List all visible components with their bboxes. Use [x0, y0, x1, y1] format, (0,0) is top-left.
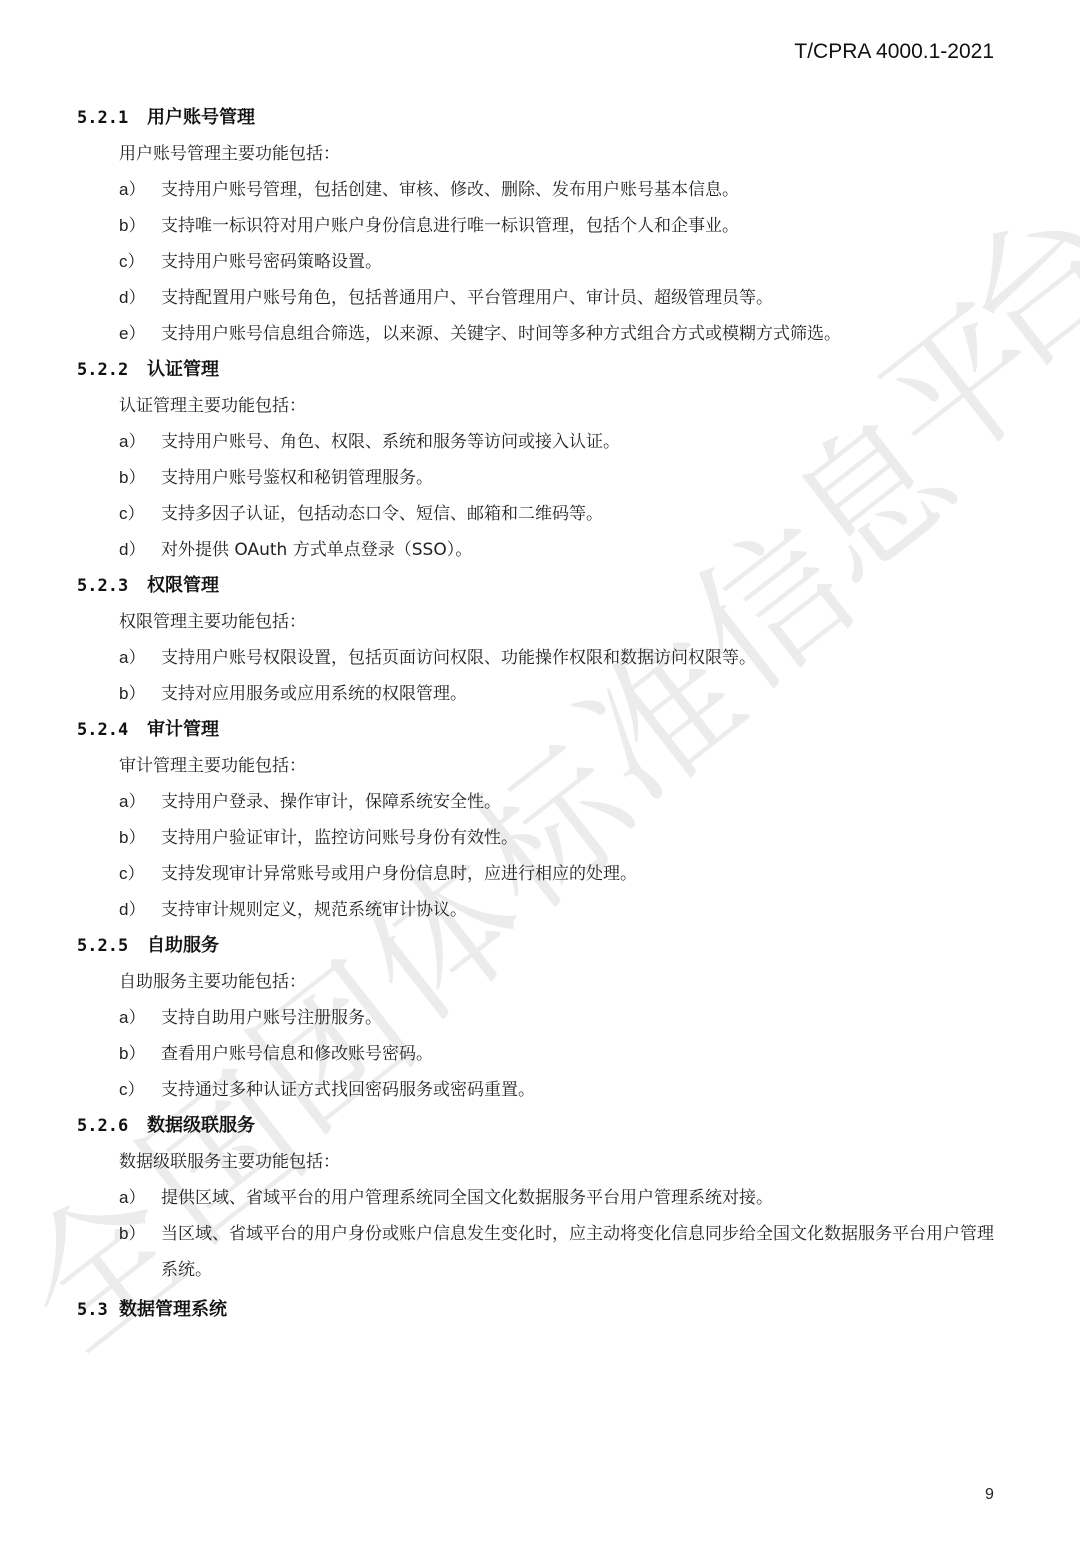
section-intro: 审计管理主要功能包括： — [119, 748, 1007, 784]
next-section-heading: 5.3 数据管理系统 — [77, 1292, 1007, 1328]
section-title: 用户账号管理 — [147, 100, 255, 136]
section-5-2-2: 5.2.2 认证管理 认证管理主要功能包括： a）支持用户账号、角色、权限、系统… — [77, 352, 1007, 568]
item-marker: a） — [77, 1000, 161, 1036]
item-text: 支持用户登录、操作审计，保障系统安全性。 — [161, 784, 1007, 820]
section-title: 自助服务 — [147, 928, 219, 964]
item-text: 支持用户账号密码策略设置。 — [161, 244, 1007, 280]
list-item: c）支持多因子认证，包括动态口令、短信、邮箱和二维码等。 — [77, 496, 1007, 532]
item-marker: a） — [77, 424, 161, 460]
item-text: 支持审计规则定义，规范系统审计协议。 — [161, 892, 1007, 928]
list-item: b）支持唯一标识符对用户账户身份信息进行唯一标识管理，包括个人和企事业。 — [77, 208, 1007, 244]
item-text: 对外提供 OAuth 方式单点登录（SSO）。 — [161, 532, 1007, 568]
item-marker: b） — [77, 460, 161, 496]
section-5-2-4: 5.2.4 审计管理 审计管理主要功能包括： a）支持用户登录、操作审计，保障系… — [77, 712, 1007, 928]
list-item: c）支持发现审计异常账号或用户身份信息时，应进行相应的处理。 — [77, 856, 1007, 892]
item-text: 当区域、省域平台的用户身份或账户信息发生变化时，应主动将变化信息同步给全国文化数… — [161, 1216, 1007, 1288]
standard-code: T/CPRA 4000.1-2021 — [794, 40, 994, 64]
item-marker: a） — [77, 1180, 161, 1216]
item-marker: d） — [77, 532, 161, 568]
item-text: 支持多因子认证，包括动态口令、短信、邮箱和二维码等。 — [161, 496, 1007, 532]
list-item: b）查看用户账号信息和修改账号密码。 — [77, 1036, 1007, 1072]
item-marker: c） — [77, 856, 161, 892]
item-text: 支持用户账号信息组合筛选，以来源、关键字、时间等多种方式组合方式或模糊方式筛选。 — [161, 316, 1007, 352]
list-item: e）支持用户账号信息组合筛选，以来源、关键字、时间等多种方式组合方式或模糊方式筛… — [77, 316, 1007, 352]
item-marker: b） — [77, 1036, 161, 1072]
section-number: 5.2.6 — [77, 1108, 147, 1144]
item-text: 支持用户账号鉴权和秘钥管理服务。 — [161, 460, 1007, 496]
item-marker: b） — [77, 676, 161, 712]
item-text: 支持唯一标识符对用户账户身份信息进行唯一标识管理，包括个人和企事业。 — [161, 208, 1007, 244]
section-heading: 5.2.1 用户账号管理 — [77, 100, 1007, 136]
section-number: 5.2.3 — [77, 568, 147, 604]
item-marker: e） — [77, 316, 161, 352]
item-text: 支持通过多种认证方式找回密码服务或密码重置。 — [161, 1072, 1007, 1108]
section-number: 5.2.5 — [77, 928, 147, 964]
item-text: 支持用户账号管理，包括创建、审核、修改、删除、发布用户账号基本信息。 — [161, 172, 1007, 208]
item-marker: a） — [77, 172, 161, 208]
item-text: 支持用户账号权限设置，包括页面访问权限、功能操作权限和数据访问权限等。 — [161, 640, 1007, 676]
section-title: 权限管理 — [147, 568, 219, 604]
item-marker: c） — [77, 1072, 161, 1108]
section-number: 5.2.4 — [77, 712, 147, 748]
list-item: b）支持用户验证审计，监控访问账号身份有效性。 — [77, 820, 1007, 856]
item-text: 支持发现审计异常账号或用户身份信息时，应进行相应的处理。 — [161, 856, 1007, 892]
list-item: d）支持配置用户账号角色，包括普通用户、平台管理用户、审计员、超级管理员等。 — [77, 280, 1007, 316]
item-marker: b） — [77, 1216, 161, 1288]
item-marker: b） — [77, 208, 161, 244]
section-number: 5.2.1 — [77, 100, 147, 136]
section-5-2-6: 5.2.6 数据级联服务 数据级联服务主要功能包括： a）提供区域、省域平台的用… — [77, 1108, 1007, 1288]
item-text: 支持用户验证审计，监控访问账号身份有效性。 — [161, 820, 1007, 856]
list-item: a）支持自助用户账号注册服务。 — [77, 1000, 1007, 1036]
section-heading: 5.2.6 数据级联服务 — [77, 1108, 1007, 1144]
list-item: a）支持用户账号权限设置，包括页面访问权限、功能操作权限和数据访问权限等。 — [77, 640, 1007, 676]
item-text: 支持配置用户账号角色，包括普通用户、平台管理用户、审计员、超级管理员等。 — [161, 280, 1007, 316]
section-intro: 用户账号管理主要功能包括： — [119, 136, 1007, 172]
item-text: 查看用户账号信息和修改账号密码。 — [161, 1036, 1007, 1072]
section-intro: 认证管理主要功能包括： — [119, 388, 1007, 424]
section-heading: 5.2.5 自助服务 — [77, 928, 1007, 964]
list-item: b）支持对应用服务或应用系统的权限管理。 — [77, 676, 1007, 712]
section-title: 认证管理 — [147, 352, 219, 388]
item-marker: c） — [77, 244, 161, 280]
item-text: 支持对应用服务或应用系统的权限管理。 — [161, 676, 1007, 712]
item-text: 支持用户账号、角色、权限、系统和服务等访问或接入认证。 — [161, 424, 1007, 460]
section-number: 5.2.2 — [77, 352, 147, 388]
page-number: 9 — [985, 1486, 994, 1504]
item-marker: d） — [77, 892, 161, 928]
item-marker: c） — [77, 496, 161, 532]
item-text: 提供区域、省域平台的用户管理系统同全国文化数据服务平台用户管理系统对接。 — [161, 1180, 1007, 1216]
list-item: c）支持用户账号密码策略设置。 — [77, 244, 1007, 280]
section-heading: 5.2.4 审计管理 — [77, 712, 1007, 748]
list-item: b）当区域、省域平台的用户身份或账户信息发生变化时，应主动将变化信息同步给全国文… — [77, 1216, 1007, 1288]
list-item: a）支持用户登录、操作审计，保障系统安全性。 — [77, 784, 1007, 820]
section-title: 数据管理系统 — [119, 1292, 227, 1328]
list-item: a）支持用户账号、角色、权限、系统和服务等访问或接入认证。 — [77, 424, 1007, 460]
list-item: c）支持通过多种认证方式找回密码服务或密码重置。 — [77, 1072, 1007, 1108]
item-marker: a） — [77, 784, 161, 820]
section-intro: 权限管理主要功能包括： — [119, 604, 1007, 640]
list-item: d）支持审计规则定义，规范系统审计协议。 — [77, 892, 1007, 928]
section-intro: 自助服务主要功能包括： — [119, 964, 1007, 1000]
document-body: 5.2.1 用户账号管理 用户账号管理主要功能包括： a）支持用户账号管理，包括… — [77, 100, 1007, 1328]
item-marker: d） — [77, 280, 161, 316]
list-item: a）提供区域、省域平台的用户管理系统同全国文化数据服务平台用户管理系统对接。 — [77, 1180, 1007, 1216]
item-marker: b） — [77, 820, 161, 856]
list-item: b）支持用户账号鉴权和秘钥管理服务。 — [77, 460, 1007, 496]
item-marker: a） — [77, 640, 161, 676]
section-heading: 5.2.2 认证管理 — [77, 352, 1007, 388]
section-5-2-1: 5.2.1 用户账号管理 用户账号管理主要功能包括： a）支持用户账号管理，包括… — [77, 100, 1007, 352]
section-intro: 数据级联服务主要功能包括： — [119, 1144, 1007, 1180]
section-heading: 5.2.3 权限管理 — [77, 568, 1007, 604]
section-title: 数据级联服务 — [147, 1108, 255, 1144]
section-title: 审计管理 — [147, 712, 219, 748]
section-number: 5.3 — [77, 1292, 119, 1328]
section-5-2-5: 5.2.5 自助服务 自助服务主要功能包括： a）支持自助用户账号注册服务。 b… — [77, 928, 1007, 1108]
section-5-2-3: 5.2.3 权限管理 权限管理主要功能包括： a）支持用户账号权限设置，包括页面… — [77, 568, 1007, 712]
list-item: d）对外提供 OAuth 方式单点登录（SSO）。 — [77, 532, 1007, 568]
item-text: 支持自助用户账号注册服务。 — [161, 1000, 1007, 1036]
list-item: a）支持用户账号管理，包括创建、审核、修改、删除、发布用户账号基本信息。 — [77, 172, 1007, 208]
